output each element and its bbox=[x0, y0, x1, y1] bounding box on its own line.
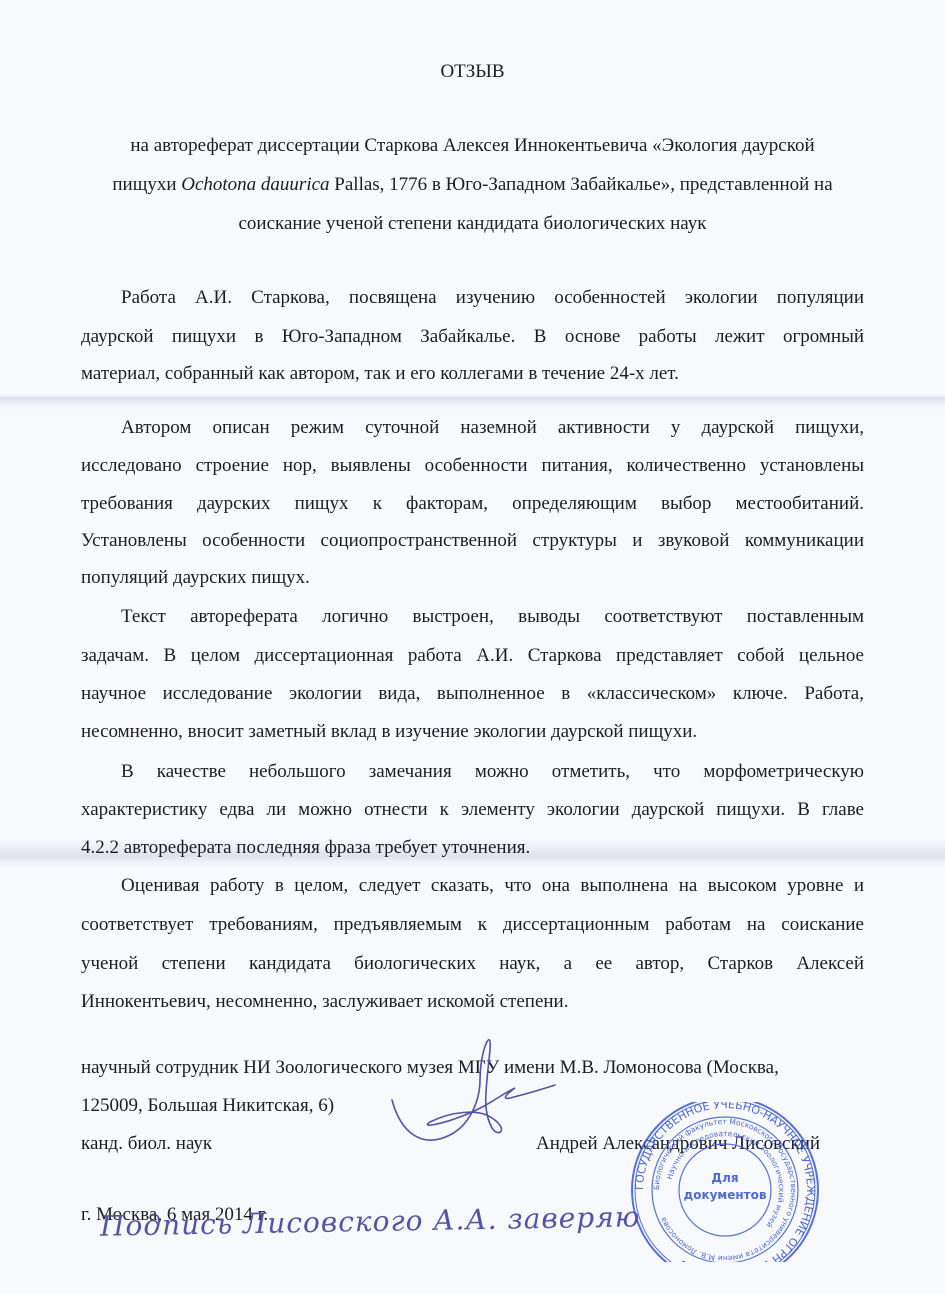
paragraph-4-line-3: 4.2.2 автореферата последняя фраза требу… bbox=[81, 838, 530, 857]
paragraph-1-line-1: Работа А.И. Старкова, посвящена изучению… bbox=[81, 288, 864, 307]
paragraph-5-line-3: ученой степени кандидата биологических н… bbox=[81, 954, 864, 973]
paragraph-5-line-1: Оценивая работу в целом, следует сказать… bbox=[81, 876, 864, 895]
author-degree: канд. биол. наук bbox=[81, 1134, 212, 1153]
paragraph-3-line-4: несомненно, вносит заметный вклад в изуч… bbox=[81, 722, 697, 741]
paragraph-2-line-2: исследовано строение нор, выявлены особе… bbox=[81, 456, 864, 475]
subtitle-rest: Pallas, 1776 в Юго-Западном Забайкалье»,… bbox=[334, 174, 832, 195]
official-stamp-icon: ГОСУДАРСТВЕННОЕ УЧЕБНО-НАУЧНОЕ УЧРЕЖДЕНИ… bbox=[594, 1102, 856, 1262]
subtitle-line-3: соискание ученой степени кандидата биоло… bbox=[80, 214, 865, 233]
paragraph-1-line-2: даурской пищухи в Юго-Западном Забайкаль… bbox=[81, 327, 864, 346]
document-title: ОТЗЫВ bbox=[80, 62, 865, 81]
paragraph-2-line-4: Установлены особенности социопространств… bbox=[81, 531, 864, 550]
paragraph-2-line-3: требования даурских пищух к факторам, оп… bbox=[81, 494, 864, 513]
paragraph-4-line-1: В качестве небольшого замечания можно от… bbox=[81, 762, 864, 781]
subtitle-word-pishukhi: пищухи bbox=[112, 174, 176, 195]
species-latin-name: Ochotona dauurica bbox=[181, 174, 329, 195]
paragraph-3-line-1: Текст автореферата логично выстроен, выв… bbox=[81, 607, 864, 626]
paragraph-2-line-5: популяций даурских пищух. bbox=[81, 568, 310, 587]
paragraph-2-line-1: Автором описан режим суточной наземной а… bbox=[81, 418, 864, 437]
stamp-center-line-2: документов bbox=[684, 1188, 767, 1202]
document-page: ОТЗЫВ на автореферат диссертации Старков… bbox=[0, 0, 945, 1294]
paragraph-4-line-2: характеристику едва ли можно отнести к э… bbox=[81, 800, 864, 819]
author-position-line-2: 125009, Большая Никитская, 6) bbox=[81, 1096, 334, 1115]
signature-icon bbox=[380, 1030, 560, 1170]
paragraph-3-line-3: научное исследование экологии вида, выпо… bbox=[81, 684, 864, 703]
paragraph-3-line-2: задачам. В целом диссертационная работа … bbox=[81, 646, 864, 665]
paragraph-5-line-4: Иннокентьевич, несомненно, заслуживает и… bbox=[81, 992, 568, 1011]
stamp-center-line-1: Для bbox=[711, 1171, 738, 1185]
paragraph-1-line-3: материал, собранный как автором, так и е… bbox=[81, 364, 679, 383]
subtitle-line-2: пищухи Ochotona dauurica Pallas, 1776 в … bbox=[80, 175, 865, 194]
paragraph-5-line-2: соответствует требованиям, предъявляемым… bbox=[81, 915, 864, 934]
subtitle-line-1: на автореферат диссертации Старкова Алек… bbox=[80, 136, 865, 155]
